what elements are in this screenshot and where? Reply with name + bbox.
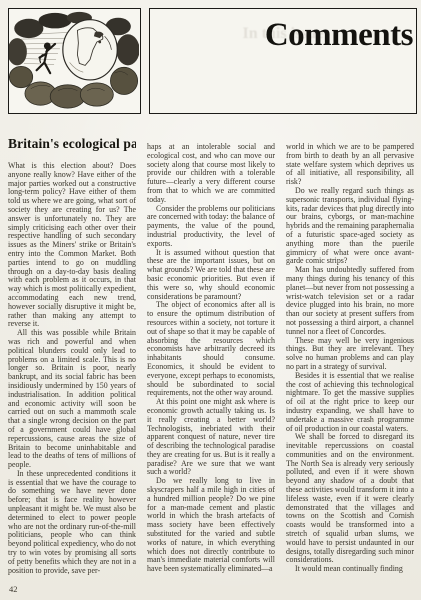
paragraph: Consider the problems our politicians ar…: [147, 205, 275, 249]
paragraph: We shall be forced to disregard its inev…: [286, 433, 414, 565]
running-man: [37, 43, 55, 73]
page-number: 42: [9, 584, 18, 594]
paragraph: All this was possible while Britain was …: [8, 329, 136, 470]
paragraph: In these unprecedented conditions it is …: [8, 470, 136, 576]
section-title: Comments: [265, 19, 413, 52]
paragraph: These may well be very ingenious things.…: [286, 337, 414, 372]
paragraph: Besides it is essential that we realise …: [286, 372, 414, 434]
paragraph: At this point one might ask where is eco…: [147, 398, 275, 477]
column-1: Britain's ecological party What is this …: [8, 132, 136, 591]
header-illustration-box: [8, 8, 141, 114]
paragraph: Do we really long to live in skyscrapers…: [147, 477, 275, 574]
paragraph: It would mean continually finding: [286, 565, 414, 574]
globe: [63, 20, 117, 80]
article-heading: Britain's ecological party: [8, 136, 136, 152]
column-2: haps at an intolerable social and ecolog…: [147, 132, 275, 591]
paragraph: Do we really regard such things as super…: [286, 187, 414, 266]
globe-engraving-illustration: [9, 9, 139, 112]
comments-header-box: In this issue Comments: [149, 8, 417, 114]
column-3: world in which we are to be pampered fro…: [286, 132, 414, 591]
article-columns: Britain's ecological party What is this …: [8, 132, 414, 591]
paragraph: world in which we are to be pampered fro…: [286, 143, 414, 187]
paragraph: haps at an intolerable social and ecolog…: [147, 143, 275, 205]
paragraph: The object of economics after all is to …: [147, 301, 275, 398]
paragraph: What is this election about? Does anyone…: [8, 162, 136, 329]
paragraph: Man has undoubtedly suffered from many t…: [286, 266, 414, 336]
magazine-page: In this issue Comments Britain's ecologi…: [0, 0, 421, 600]
paragraph: It is assumed without question that thes…: [147, 249, 275, 302]
